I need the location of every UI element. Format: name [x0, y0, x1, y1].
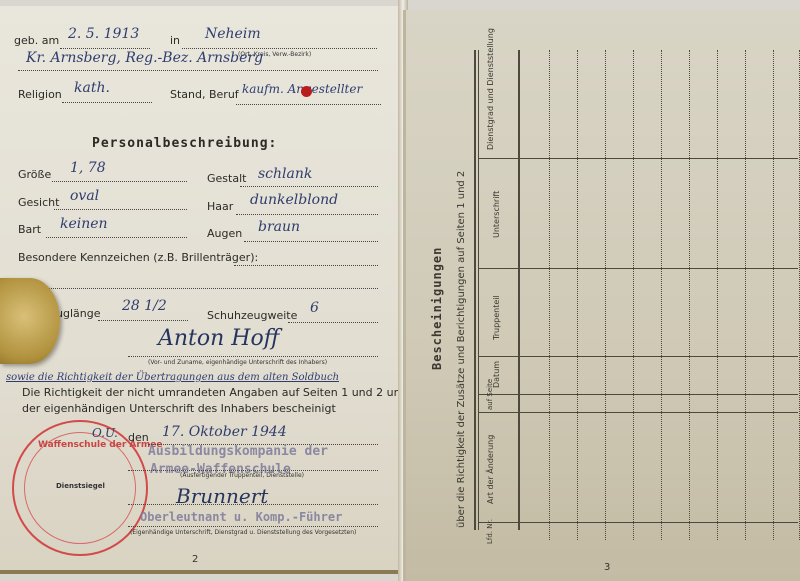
- table-row: [605, 50, 606, 540]
- date-label: den: [128, 431, 149, 444]
- marks-label: Besondere Kennzeichen (z.B. Brillenträge…: [18, 251, 258, 264]
- certificates-title: Bescheinigungen: [430, 247, 444, 370]
- left-page-2: geb. am 2. 5. 1913 in Neheim (Ort, Kreis…: [0, 6, 403, 574]
- column-number: Lfd. Nr.: [486, 519, 494, 544]
- birth-date-label: geb. am: [14, 34, 59, 47]
- build-value: schlank: [258, 166, 312, 182]
- occupation-label: Stand, Beruf: [170, 88, 239, 101]
- shoe-width-label: Schuhzeugweite: [207, 309, 297, 322]
- certification-text-2: der eigenhändigen Unterschrift des Inhab…: [22, 402, 336, 415]
- certification-text-1: Die Richtigkeit der nicht umrandeten Ang…: [22, 386, 408, 399]
- holder-signature-note: (Vor- und Zuname, eigenhändige Unterschr…: [148, 359, 327, 366]
- handwritten-note: sowie die Richtigkeit der Übertragungen …: [6, 372, 339, 383]
- face-value: oval: [70, 188, 99, 204]
- page-number-left: 2: [192, 554, 198, 565]
- table-row: [689, 50, 690, 540]
- holder-signature: Anton Hoff: [158, 326, 279, 351]
- column-signature: Unterschrift: [492, 191, 501, 238]
- birth-district-value: Kr. Arnsberg, Reg.-Bez. Arnsberg: [26, 50, 263, 66]
- eyes-label: Augen: [207, 227, 242, 240]
- height-value: 1, 78: [70, 160, 106, 176]
- table-left-border: [474, 50, 476, 530]
- column-unit: Truppenteil: [492, 295, 501, 340]
- table-row: [549, 50, 550, 540]
- table-row: [577, 50, 578, 540]
- stamp-center-text: Dienstsiegel: [56, 482, 105, 490]
- unit-note: (Ausfertigender Truppenteil, Dienststell…: [180, 472, 304, 479]
- religion-value: kath.: [74, 80, 110, 96]
- religion-label: Religion: [18, 88, 62, 101]
- right-page-3: Bescheinigungen über die Richtigkeit der…: [403, 10, 800, 581]
- birth-place-label: in: [170, 34, 180, 47]
- beard-value: keinen: [60, 216, 108, 232]
- header-border: [518, 50, 520, 530]
- column-rank: Dienstgrad und Dienststellung: [486, 28, 495, 150]
- shoe-width-value: 6: [310, 300, 319, 316]
- table-row: [633, 50, 634, 540]
- eyes-value: braun: [258, 219, 300, 235]
- shoe-length-value: 28 1/2: [122, 298, 167, 314]
- table-row: [717, 50, 718, 540]
- table-row: [661, 50, 662, 540]
- table-row: [773, 50, 774, 540]
- unit-stamp-line1: Ausbildungskompanie der: [148, 444, 328, 459]
- column-change-type: Art der Änderung: [486, 435, 495, 504]
- officer-note: (Eigenhändige Unterschrift, Dienstgrad u…: [130, 529, 356, 536]
- hair-value: dunkelblond: [250, 192, 338, 208]
- date-value: 17. Oktober 1944: [162, 424, 287, 440]
- face-label: Gesicht: [18, 196, 59, 209]
- birth-place-value: Neheim: [205, 26, 261, 42]
- date-place: O.U.: [92, 426, 118, 440]
- birth-date-value: 2. 5. 1913: [68, 26, 139, 42]
- height-label: Größe: [18, 168, 51, 181]
- table-row: [745, 50, 746, 540]
- hair-label: Haar: [207, 200, 233, 213]
- officer-rank: Oberleutnant u. Komp.-Führer: [140, 510, 342, 524]
- column-page: auf Seite: [486, 379, 494, 410]
- red-dot-mark: [301, 86, 312, 97]
- build-label: Gestalt: [207, 172, 246, 185]
- beard-label: Bart: [18, 223, 41, 236]
- page-number-right: 3: [604, 562, 610, 573]
- section-title: Personalbeschreibung:: [92, 136, 277, 151]
- coin-object: [0, 278, 60, 364]
- certificates-subtitle: über die Richtigkeit der Zusätze und Ber…: [456, 171, 467, 528]
- shoe-length-label: uglänge: [56, 307, 100, 320]
